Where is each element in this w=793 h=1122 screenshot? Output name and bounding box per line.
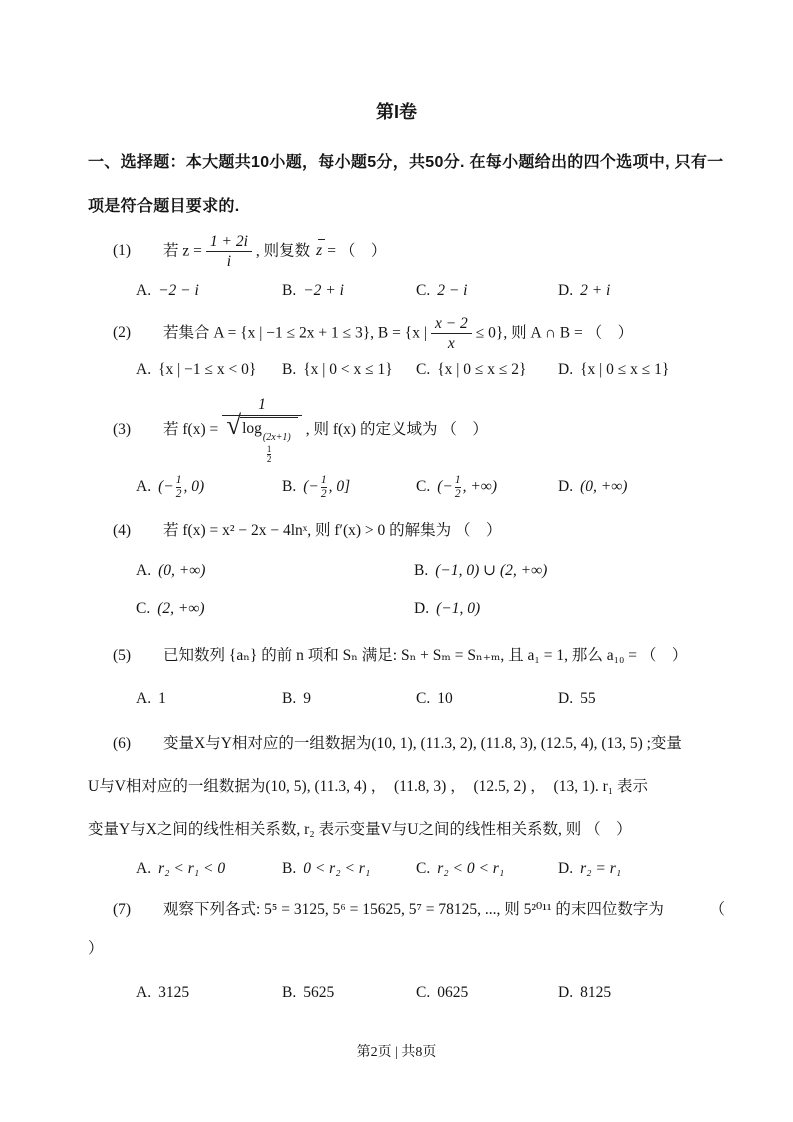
option-label: D.: [558, 476, 573, 498]
question-1-option-c: C.2 − i: [416, 280, 558, 302]
question-3-tail: , 则 f(x) 的定义域为 （ ）: [306, 421, 488, 438]
question-2-option-c: C.{x | 0 ≤ x ≤ 2}: [416, 359, 558, 381]
question-2-options: A.{x | −1 ≤ x < 0} B.{x | 0 < x ≤ 1} C.{…: [88, 359, 733, 381]
option-label: A.: [136, 560, 151, 582]
section-heading-line2: 项是符合题目要求的.: [88, 195, 733, 218]
question-1-stem: (1)若 z =1 + 2ii, 则复数z= （ ）: [88, 233, 733, 271]
question-7-close-paren: ）: [88, 938, 733, 960]
fraction: 12: [176, 474, 182, 500]
option-text: 2 + i: [580, 280, 610, 302]
option-text: 1: [158, 688, 166, 710]
fraction-denominator: x: [431, 333, 472, 352]
question-4-option-b: B.(−1, 0) ∪ (2, +∞): [414, 560, 733, 582]
question-7-text: 观察下列各式: 5⁵ = 3125, 5⁶ = 15625, 5⁷ = 7812…: [163, 901, 664, 918]
option-text: 55: [580, 688, 596, 710]
option-label: B.: [282, 280, 296, 302]
option-label: C.: [416, 359, 430, 381]
option-text: {x | 0 ≤ x ≤ 2}: [437, 359, 526, 381]
question-1-number: (1): [113, 240, 163, 262]
option-tail: , +∞): [463, 476, 497, 498]
option-text: r₂ < 0 < r₁: [437, 858, 504, 880]
option-label: D.: [558, 359, 573, 381]
question-6-number: (6): [113, 733, 163, 755]
question-1-options: A.−2 − i B.−2 + i C.2 − i D.2 + i: [88, 280, 733, 302]
question-6-option-b: B.0 < r₂ < r₁: [282, 858, 416, 880]
fraction-denominator: 2: [321, 487, 327, 501]
option-pre: (−: [158, 476, 174, 498]
question-2-number: (2): [113, 322, 163, 344]
fraction-numerator: 1: [267, 445, 272, 454]
option-text: 8125: [580, 982, 611, 1004]
question-4-options-row2: C.(2, +∞) D.(−1, 0): [88, 598, 733, 620]
page-footer: 第2页 | 共8页: [0, 1042, 793, 1064]
option-label: A.: [136, 476, 151, 498]
square-root: √log(2x+1)12: [226, 417, 298, 466]
option-pre: (−: [303, 476, 319, 498]
option-text: r₂ < r₁ < 0: [158, 858, 225, 880]
radicand: log(2x+1)12: [240, 417, 298, 466]
question-1-tail: = （ ）: [327, 242, 386, 259]
question-4-options-row1: A.(0, +∞) B.(−1, 0) ∪ (2, +∞): [88, 560, 733, 582]
question-7-lead: (7)观察下列各式: 5⁵ = 3125, 5⁶ = 15625, 5⁷ = 7…: [113, 899, 664, 921]
option-text: (2, +∞): [157, 598, 204, 620]
option-label: D.: [558, 858, 573, 880]
fraction-numerator: 1: [176, 474, 182, 487]
option-label: B.: [282, 688, 296, 710]
question-7-option-d: D.8125: [558, 982, 733, 1004]
fraction-numerator: x − 2: [431, 315, 472, 333]
question-4-text: 若 f(x) = x² − 2x − 4lnˣ, 则 f′(x) > 0 的解集…: [163, 522, 502, 539]
question-6-option-d: D.r₂ = r₁: [558, 858, 733, 880]
question-7-options: A.3125 B.5625 C.0625 D.8125: [88, 982, 733, 1004]
question-5-number: (5): [113, 645, 163, 667]
option-text: 0625: [437, 982, 468, 1004]
option-text: {x | −1 ≤ x < 0}: [158, 359, 256, 381]
option-label: C.: [416, 858, 430, 880]
section-heading-line1: 一、选择题：本大题共10小题，每小题5分，共50分. 在每小题给出的四个选项中,…: [88, 151, 733, 174]
log-scripts: (2x+1)12: [263, 433, 291, 466]
question-3-number: (3): [113, 419, 163, 441]
question-3-option-a: A.(−12, 0): [136, 474, 282, 500]
question-3-option-c: C.(−12, +∞): [416, 474, 558, 500]
question-2-option-d: D.{x | 0 ≤ x ≤ 1}: [558, 359, 733, 381]
question-4-option-a: A.(0, +∞): [136, 560, 414, 582]
option-label: C.: [416, 280, 430, 302]
option-label: C.: [416, 688, 430, 710]
question-1-option-a: A.−2 − i: [136, 280, 282, 302]
question-3-option-d: D.(0, +∞): [558, 476, 733, 498]
option-text: 2 − i: [437, 280, 467, 302]
option-label: A.: [136, 359, 151, 381]
option-label: A.: [136, 858, 151, 880]
question-6-option-a: A.r₂ < r₁ < 0: [136, 858, 282, 880]
question-1-option-b: B.−2 + i: [282, 280, 416, 302]
fraction-denominator: 2: [455, 487, 461, 501]
option-label: A.: [136, 982, 151, 1004]
question-1-lead: 若 z =: [163, 242, 202, 259]
radical-sign: √: [226, 412, 241, 439]
fraction: 1√log(2x+1)12: [222, 396, 302, 465]
option-text: {x | 0 < x ≤ 1}: [303, 359, 392, 381]
question-5-option-c: C.10: [416, 688, 558, 710]
question-2-option-b: B.{x | 0 < x ≤ 1}: [282, 359, 416, 381]
log-text: log: [242, 420, 262, 437]
question-7-number: (7): [113, 899, 163, 921]
option-label: B.: [282, 359, 296, 381]
fraction: 12: [267, 445, 272, 464]
option-text: (0, +∞): [158, 560, 205, 582]
question-2-option-a: A.{x | −1 ≤ x < 0}: [136, 359, 282, 381]
question-5-option-b: B.9: [282, 688, 416, 710]
question-1-option-d: D.2 + i: [558, 280, 733, 302]
fraction-denominator: 2: [267, 454, 272, 464]
question-5-stem: (5)已知数列 {aₙ} 的前 n 项和 Sₙ 满足: Sₙ + Sₘ = Sₙ…: [88, 645, 733, 667]
fraction: 12: [321, 474, 327, 500]
option-label: D.: [558, 280, 573, 302]
question-4-option-d: D.(−1, 0): [414, 598, 733, 620]
question-5-option-a: A.1: [136, 688, 282, 710]
option-text: {x | 0 ≤ x ≤ 1}: [580, 359, 669, 381]
question-7-option-c: C.0625: [416, 982, 558, 1004]
log-superscript: (2x+1): [263, 433, 291, 443]
question-3-options: A.(−12, 0) B.(−12, 0] C.(−12, +∞) D.(0, …: [88, 474, 733, 500]
question-4-number: (4): [113, 520, 163, 542]
exam-page: 第I卷 一、选择题：本大题共10小题，每小题5分，共50分. 在每小题给出的四个…: [0, 0, 793, 1122]
option-label: C.: [136, 598, 150, 620]
option-text: 0 < r₂ < r₁: [303, 858, 370, 880]
option-text: 3125: [158, 982, 189, 1004]
fraction-numerator: 1: [321, 474, 327, 487]
question-6-options: A.r₂ < r₁ < 0 B.0 < r₂ < r₁ C.r₂ < 0 < r…: [88, 858, 733, 880]
question-6-option-c: C.r₂ < 0 < r₁: [416, 858, 558, 880]
question-7-option-b: B.5625: [282, 982, 416, 1004]
option-label: B.: [282, 858, 296, 880]
option-label: A.: [136, 280, 151, 302]
question-5-text: 已知数列 {aₙ} 的前 n 项和 Sₙ 满足: Sₙ + Sₘ = Sₙ₊ₘ,…: [163, 647, 687, 664]
question-3-option-b: B.(−12, 0]: [282, 474, 416, 500]
fraction-denominator: √log(2x+1)12: [222, 415, 302, 466]
option-label: B.: [282, 982, 296, 1004]
question-6-stem-line1: (6)变量X与Y相对应的一组数据为(10, 1), (11.3, 2), (11…: [88, 733, 733, 755]
log-base: 12: [263, 445, 291, 466]
question-4-stem: (4)若 f(x) = x² − 2x − 4lnˣ, 则 f′(x) > 0 …: [88, 520, 733, 542]
question-7-stem-line1: (7)观察下列各式: 5⁵ = 3125, 5⁶ = 15625, 5⁷ = 7…: [88, 899, 733, 921]
option-tail: , 0): [183, 476, 204, 498]
fraction-numerator: 1: [455, 474, 461, 487]
fraction-denominator: 2: [176, 487, 182, 501]
page-content: 一、选择题：本大题共10小题，每小题5分，共50分. 在每小题给出的四个选项中,…: [0, 151, 793, 1004]
fraction-denominator: i: [206, 251, 252, 270]
question-2-stem: (2)若集合 A = {x | −1 ≤ 2x + 1 ≤ 3}, B = {x…: [88, 315, 733, 353]
option-label: D.: [558, 688, 573, 710]
z-conjugate: z: [316, 242, 322, 259]
option-label: B.: [282, 476, 296, 498]
option-text: r₂ = r₁: [580, 858, 621, 880]
question-2-tail: ≤ 0}, 则 A ∩ B = （ ）: [476, 324, 633, 341]
question-5-option-d: D.55: [558, 688, 733, 710]
question-1-mid: , 则复数: [256, 242, 310, 259]
option-label: C.: [416, 476, 430, 498]
option-text: 10: [437, 688, 453, 710]
option-label: D.: [558, 982, 573, 1004]
question-6-text-line3: 变量Y与X之间的线性相关系数, r₂ 表示变量V与U之间的线性相关系数, 则 （…: [88, 819, 733, 841]
page-title: 第I卷: [0, 0, 793, 124]
question-2-lead: 若集合 A = {x | −1 ≤ 2x + 1 ≤ 3}, B = {x |: [163, 324, 427, 341]
fraction: 1 + 2ii: [206, 233, 252, 271]
question-4-option-c: C.(2, +∞): [136, 598, 414, 620]
option-label: A.: [136, 688, 151, 710]
option-text: 5625: [303, 982, 334, 1004]
option-label: C.: [416, 982, 430, 1004]
option-pre: (−: [437, 476, 453, 498]
question-3-lead: 若 f(x) =: [163, 421, 218, 438]
option-text: (−1, 0): [436, 598, 480, 620]
option-text: −2 + i: [303, 280, 344, 302]
fraction: 12: [455, 474, 461, 500]
option-text: (−1, 0) ∪ (2, +∞): [435, 560, 547, 582]
question-7-open-paren: （: [709, 899, 725, 921]
fraction: x − 2x: [431, 315, 472, 353]
option-text: (0, +∞): [580, 476, 627, 498]
option-text: 9: [303, 688, 311, 710]
option-label: B.: [414, 560, 428, 582]
question-5-options: A.1 B.9 C.10 D.55: [88, 688, 733, 710]
fraction-numerator: 1 + 2i: [206, 233, 252, 251]
option-tail: , 0]: [329, 476, 351, 498]
question-6-text-line1: 变量X与Y相对应的一组数据为(10, 1), (11.3, 2), (11.8,…: [163, 735, 682, 752]
option-label: D.: [414, 598, 429, 620]
question-6-text-line2: U与V相对应的一组数据为(10, 5), (11.3, 4) ， (11.8, …: [88, 776, 733, 798]
question-3-stem: (3)若 f(x) =1√log(2x+1)12, 则 f(x) 的定义域为 （…: [88, 396, 733, 465]
option-text: −2 − i: [158, 280, 199, 302]
question-7-option-a: A.3125: [136, 982, 282, 1004]
